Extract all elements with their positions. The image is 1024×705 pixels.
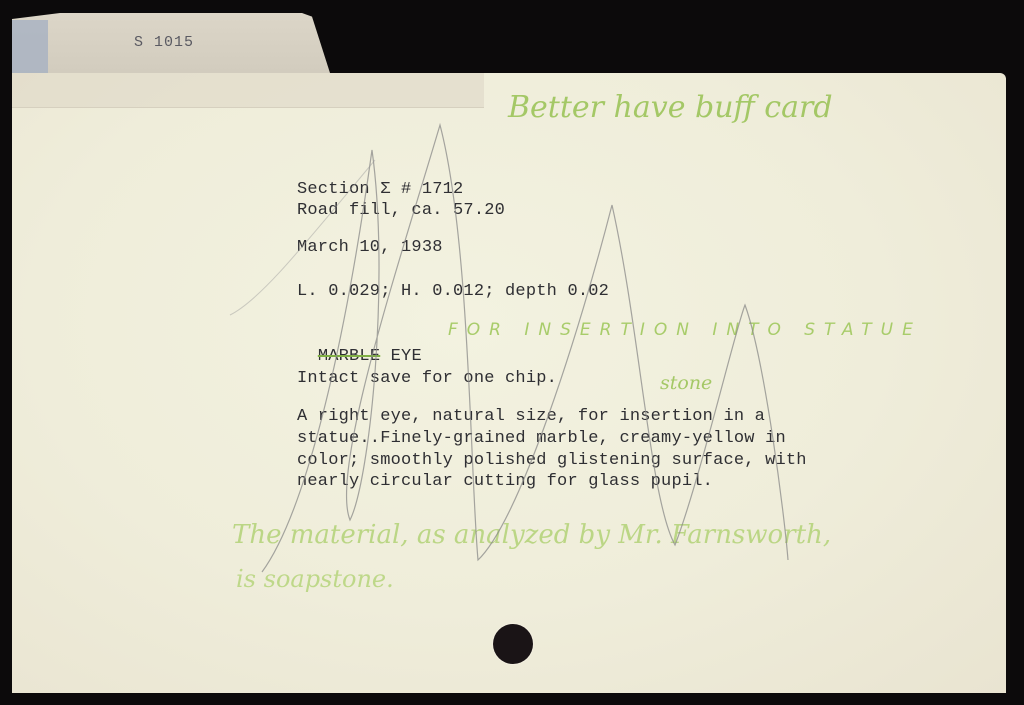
description-line-1: A right eye, natural size, for insertion… bbox=[297, 406, 765, 427]
condition: Intact save for one chip. bbox=[297, 368, 557, 389]
struck-word: MARBLE bbox=[318, 347, 380, 366]
stone-correction: stone bbox=[660, 372, 712, 394]
object-title: MARBLE EYE bbox=[297, 325, 422, 367]
description-line-4: nearly circular cutting for glass pupil. bbox=[297, 471, 713, 492]
title-rest: EYE bbox=[380, 347, 422, 366]
insertion-note: FOR INSERTION INTO STATUE bbox=[448, 320, 922, 340]
findspot: Road fill, ca. 57.20 bbox=[297, 200, 505, 221]
description-line-3: color; smoothly polished glistening surf… bbox=[297, 450, 807, 471]
description-line-2: statue..Finely-grained marble, creamy-ye… bbox=[297, 428, 786, 449]
bottom-note-line-2: is soapstone. bbox=[236, 565, 394, 593]
tape-strip bbox=[12, 20, 48, 73]
bottom-note-line-1: The material, as analyzed by Mr. Farnswo… bbox=[232, 520, 831, 550]
card-top-strip bbox=[12, 73, 484, 108]
tab-label: S 1015 bbox=[134, 34, 194, 51]
punch-hole bbox=[493, 624, 533, 664]
dimensions: L. 0.029; H. 0.012; depth 0.02 bbox=[297, 281, 609, 302]
section-number: Section Σ # 1712 bbox=[297, 179, 463, 200]
date: March 10, 1938 bbox=[297, 237, 443, 258]
top-note: Better have buff card bbox=[508, 90, 833, 125]
